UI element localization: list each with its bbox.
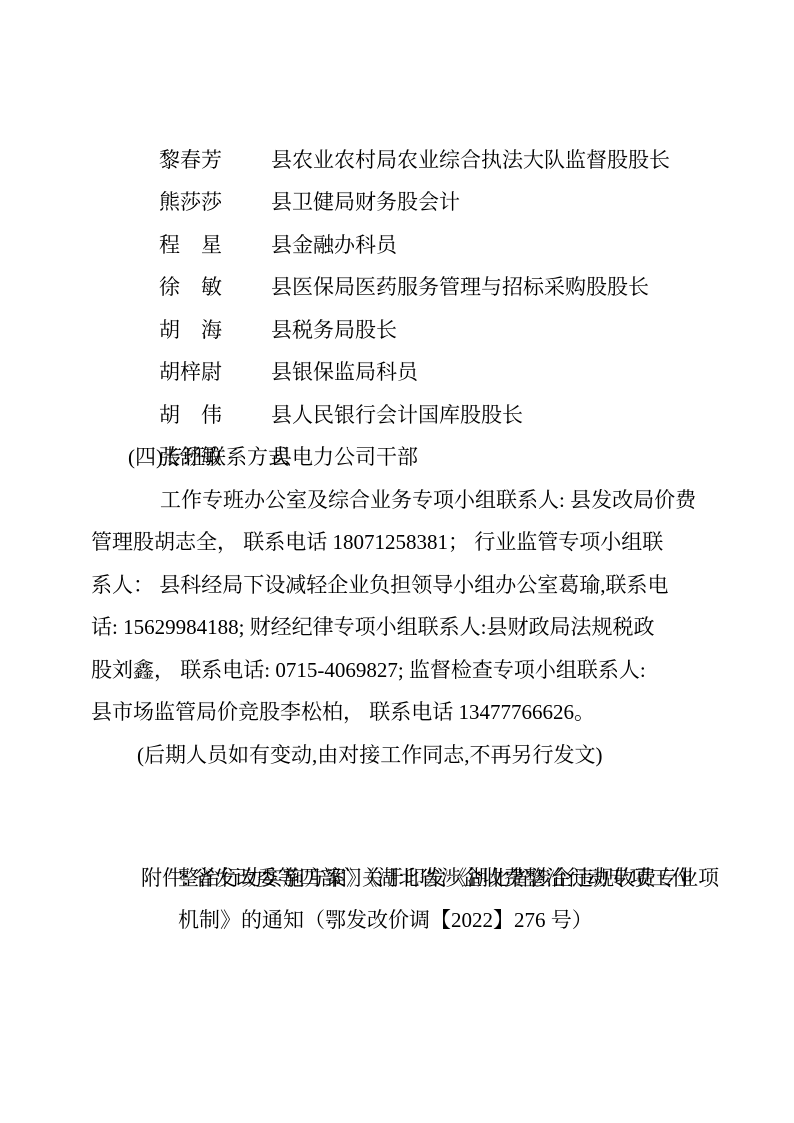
roster-row: 徐 敏县医保局医药服务管理与招标采购股股长 xyxy=(0,224,794,267)
person-name: 熊莎莎 xyxy=(159,181,271,224)
person-name: 胡 伟 xyxy=(159,394,271,437)
person-title: 县金融办科员 xyxy=(271,233,397,257)
blank-gap xyxy=(0,776,794,814)
note-line: (后期人员如有变动,由对接工作同志,不再另行发文) xyxy=(0,734,794,777)
person-title: 县人民银行会计国库股股长 xyxy=(271,403,523,427)
document-page: 黎春芳县农业农村局农业综合执法大队监督股股长 熊莎莎县卫健局财务股会计 程 星县… xyxy=(0,0,794,1123)
contact-paragraph-line: 系人： 县科经局下设减轻企业负担领导小组办公室葛瑜,联系电 xyxy=(0,564,794,607)
person-title: 县电力公司干部 xyxy=(271,445,418,469)
person-title: 县银保监局科员 xyxy=(271,360,418,384)
person-title: 县农业农村局农业综合执法大队监督股股长 xyxy=(271,148,670,172)
roster-row: 胡梓尉县银保监局科员 xyxy=(0,309,794,352)
person-name: 徐 敏 xyxy=(159,266,271,309)
person-title: 县税务局股长 xyxy=(271,318,397,342)
contact-paragraph-line: 话: 15629984188; 财经纪律专项小组联系人:县财政局法规税政 xyxy=(0,606,794,649)
person-title: 县卫健局财务股会计 xyxy=(271,190,460,214)
roster-row: 黎春芳县农业农村局农业综合执法大队监督股股长 xyxy=(0,96,794,139)
contact-paragraph-line: 股刘鑫， 联系电话: 0715-4069827; 监督检查专项小组联系人: xyxy=(0,649,794,692)
contact-paragraph-line: 县市场监管局价竞股李松柏， 联系电话 13477766626。 xyxy=(0,691,794,734)
contact-paragraph-line: 管理股胡志全， 联系电话 18071258381； 行业监管专项小组联 xyxy=(0,521,794,564)
person-name: 胡 海 xyxy=(159,309,271,352)
contact-paragraph-line: 工作专班办公室及综合业务专项小组联系人: 县发改局价费 xyxy=(0,479,794,522)
attachment-line: 附件: 省发改委等四部门关于印发《湖北省涉企违规收费专业项 xyxy=(0,814,794,857)
person-name: 黎春芳 xyxy=(159,139,271,182)
person-title: 县医保局医药服务管理与招标采购股股长 xyxy=(271,275,649,299)
person-name: 程 星 xyxy=(159,224,271,267)
person-name: 胡梓尉 xyxy=(159,351,271,394)
